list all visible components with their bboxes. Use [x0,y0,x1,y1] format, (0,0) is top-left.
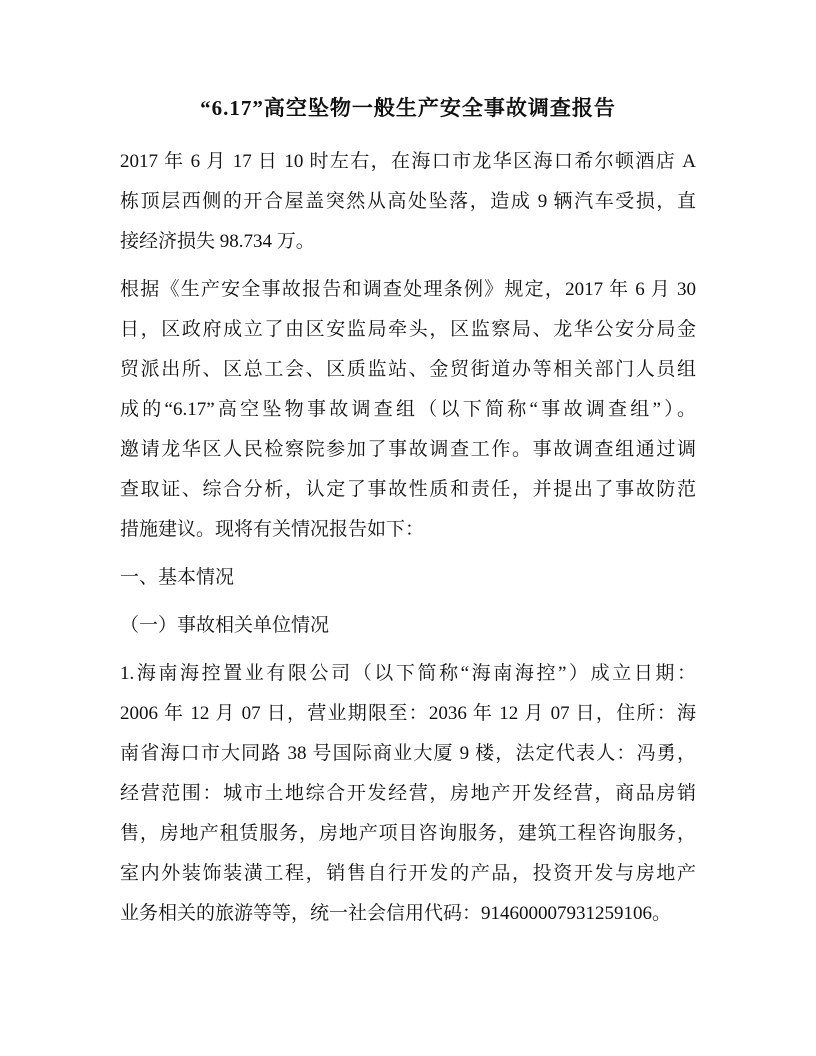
text-line: 售，房地产租赁服务，房地产项目咨询服务，建筑工程咨询服务， [120,814,696,854]
paragraph-incident-summary: 2017 年 6 月 17 日 10 时左右，在海口市龙华区海口希尔顿酒店 A … [120,142,696,262]
text-line: 根据《生产安全事故报告和调查处理条例》规定，2017 年 6 月 30 [120,270,696,310]
document-page: “6.17”高空坠物一般生产安全事故调查报告 2017 年 6 月 17 日 1… [0,0,816,1056]
paragraph-company-profile: 1.海南海控置业有限公司（以下简称“海南海控”）成立日期： 2006 年 12 … [120,654,696,934]
text-line: 邀请龙华区人民检察院参加了事故调查工作。事故调查组通过调 [120,430,696,470]
section-heading-basic-info: 一、基本情况 [120,558,696,598]
text-line: 成的“6.17”高空坠物事故调查组（以下简称“事故调查组”）。 [120,390,696,430]
document-title: “6.17”高空坠物一般生产安全事故调查报告 [120,88,696,128]
text-line: 2006 年 12 月 07 日，营业期限至：2036 年 12 月 07 日，… [120,694,696,734]
subsection-heading-related-units: （一）事故相关单位情况 [120,606,696,646]
text-line: 1.海南海控置业有限公司（以下简称“海南海控”）成立日期： [120,654,696,694]
text-line: 措施建议。现将有关情况报告如下： [120,510,696,550]
text-line: 业务相关的旅游等等，统一社会信用代码：914600007931259106。 [120,894,696,934]
text-line: 接经济损失 98.734 万。 [120,222,696,262]
text-line: 贸派出所、区总工会、区质监站、金贸街道办等相关部门人员组 [120,350,696,390]
text-line: 南省海口市大同路 38 号国际商业大厦 9 楼，法定代表人：冯勇， [120,734,696,774]
text-line: 室内外装饰装潢工程，销售自行开发的产品，投资开发与房地产 [120,854,696,894]
text-line: 经营范围：城市土地综合开发经营，房地产开发经营，商品房销 [120,774,696,814]
paragraph-investigation-setup: 根据《生产安全事故报告和调查处理条例》规定，2017 年 6 月 30 日，区政… [120,270,696,550]
text-line: 查取证、综合分析，认定了事故性质和责任，并提出了事故防范 [120,470,696,510]
text-line: 栋顶层西侧的开合屋盖突然从高处坠落，造成 9 辆汽车受损，直 [120,182,696,222]
text-line: 日，区政府成立了由区安监局牵头，区监察局、龙华公安分局金 [120,310,696,350]
text-line: 2017 年 6 月 17 日 10 时左右，在海口市龙华区海口希尔顿酒店 A [120,142,696,182]
